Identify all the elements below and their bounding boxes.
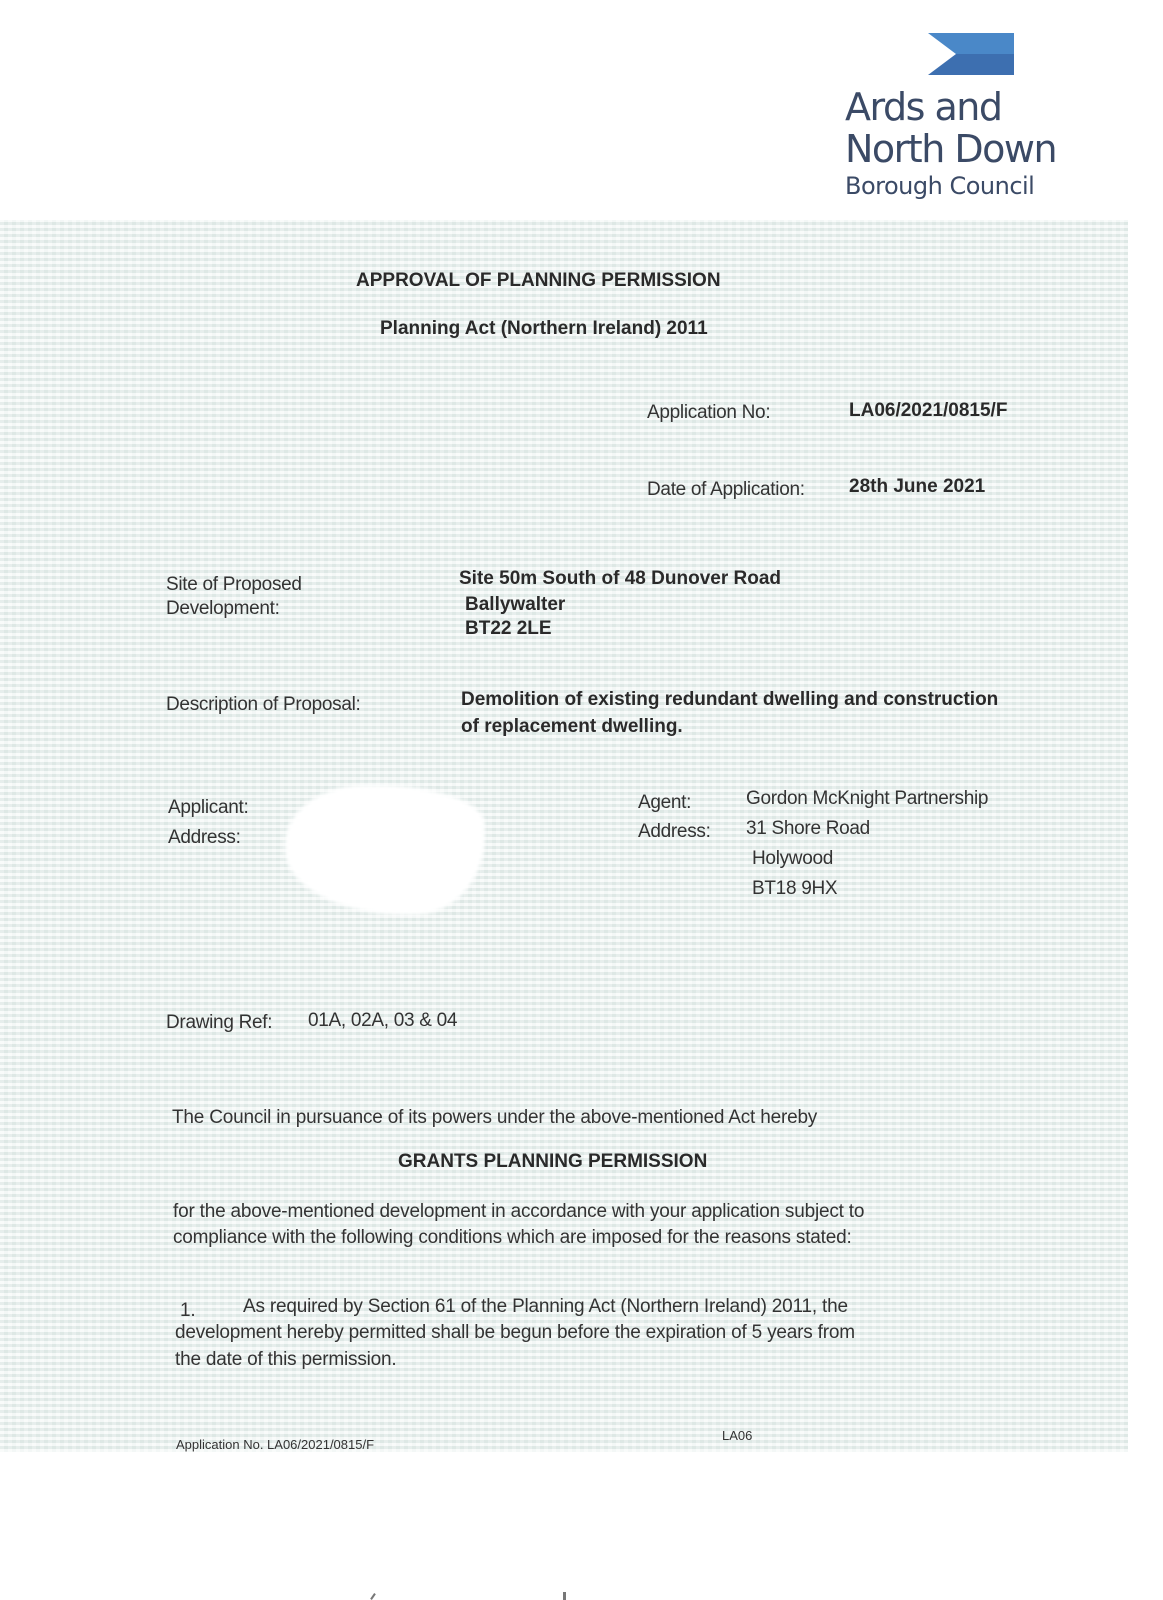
applicant-address-label: Address: [168,827,241,849]
date-label: Date of Application: [647,479,805,501]
scan-mark [563,1592,566,1600]
description-line-1: Demolition of existing redundant dwellin… [461,689,998,711]
scan-mark [370,1593,376,1600]
footer-application-no: Application No. LA06/2021/0815/F [176,1437,374,1452]
application-no-value: LA06/2021/0815/F [849,400,1007,422]
application-no-label: Application No: [647,402,770,424]
flag-icon [928,33,1014,75]
date-value: 28th June 2021 [849,476,985,498]
description-label: Description of Proposal: [166,694,361,716]
agent-address-label: Address: [638,821,711,843]
condition-number: 1. [180,1300,195,1322]
condition-line-1: As required by Section 61 of the Plannin… [243,1296,848,1318]
agent-value: Gordon McKnight Partnership [746,788,988,810]
document-subtitle: Planning Act (Northern Ireland) 2011 [380,318,708,340]
agent-address-line-2: Holywood [752,848,833,870]
footer-code: LA06 [722,1428,752,1443]
description-line-2: of replacement dwelling. [461,716,683,738]
site-line-1: Site 50m South of 48 Dunover Road [459,568,781,590]
agent-address-line-1: 31 Shore Road [746,818,870,840]
logo-line-3: Borough Council [845,172,1034,200]
grant-line-1: for the above-mentioned development in a… [173,1201,864,1223]
site-label-line-2: Development: [166,598,280,620]
drawing-ref-label: Drawing Ref: [166,1012,272,1034]
agent-address-line-3: BT18 9HX [752,878,837,900]
grant-heading: GRANTS PLANNING PERMISSION [398,1151,707,1173]
logo-line-1: Ards and [845,85,1001,129]
agent-label: Agent: [638,792,691,814]
logo-line-2: North Down [845,127,1056,171]
applicant-label: Applicant: [168,797,248,819]
site-line-3: BT22 2LE [465,618,552,640]
condition-line-3: the date of this permission. [175,1349,396,1371]
intro-text: The Council in pursuance of its powers u… [172,1107,817,1129]
condition-line-2: development hereby permitted shall be be… [175,1322,855,1344]
site-label-line-1: Site of Proposed [166,574,302,596]
grant-line-2: compliance with the following conditions… [173,1227,852,1249]
document-title: APPROVAL OF PLANNING PERMISSION [356,270,721,292]
site-line-2: Ballywalter [465,594,565,616]
drawing-ref-value: 01A, 02A, 03 & 04 [308,1010,457,1032]
